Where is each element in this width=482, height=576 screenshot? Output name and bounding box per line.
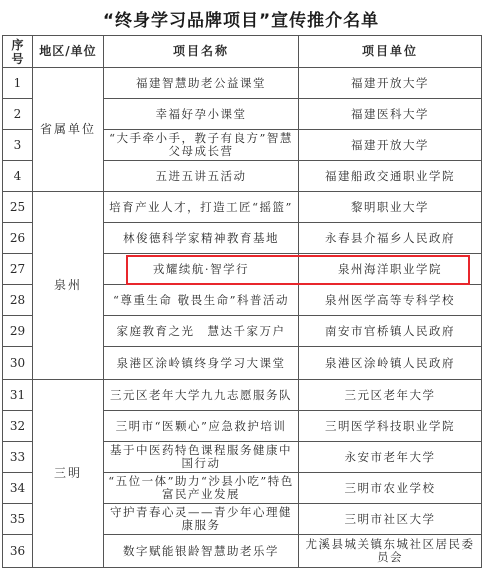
project-unit: 泉州医学高等专科学校	[299, 285, 482, 316]
project-name: “五位一体”助力“沙县小吃”特色富民产业发展	[104, 473, 299, 504]
project-unit: 永春县介福乡人民政府	[299, 223, 482, 254]
row-index: 28	[3, 285, 33, 316]
table-row: 25 泉州 培育产业人才，打造工匠“摇篮” 黎明职业大学	[3, 192, 482, 223]
row-index: 27	[3, 254, 33, 285]
row-index: 30	[3, 347, 33, 380]
project-name: “大手牵小手，教子有良方”智慧父母成长营	[104, 130, 299, 161]
project-unit: 福建开放大学	[299, 68, 482, 99]
row-index: 36	[3, 535, 33, 568]
project-name: 数字赋能银龄智慧助老乐学	[104, 535, 299, 568]
project-unit: 福建船政交通职业学院	[299, 161, 482, 192]
project-name: 五进五讲五活动	[104, 161, 299, 192]
table-header-row: 序号 地区/单位 项目名称 项目单位	[3, 36, 482, 68]
project-unit: 福建开放大学	[299, 130, 482, 161]
project-name: 家庭教育之光 慧达千家万户	[104, 316, 299, 347]
row-index: 2	[3, 99, 33, 130]
project-name: 守护青春心灵——青少年心理健康服务	[104, 504, 299, 535]
table-row: 1 省属单位 福建智慧助老公益课堂 福建开放大学	[3, 68, 482, 99]
header-region: 地区/单位	[33, 36, 104, 68]
project-name: 培育产业人才，打造工匠“摇篮”	[104, 192, 299, 223]
project-unit: 三元区老年大学	[299, 380, 482, 411]
project-unit: 泉州海洋职业学院	[299, 254, 482, 285]
row-index: 25	[3, 192, 33, 223]
row-index: 32	[3, 411, 33, 442]
project-name: 三元区老年大学九九志愿服务队	[104, 380, 299, 411]
project-name: 戎耀续航·智学行	[104, 254, 299, 285]
project-unit: 尤溪县城关镇东城社区居民委员会	[299, 535, 482, 568]
project-name: “尊重生命 敬畏生命”科普活动	[104, 285, 299, 316]
row-index: 33	[3, 442, 33, 473]
project-unit: 福建医科大学	[299, 99, 482, 130]
header-project: 项目名称	[104, 36, 299, 68]
project-name: 基于中医药特色课程服务健康中国行动	[104, 442, 299, 473]
row-index: 35	[3, 504, 33, 535]
row-index: 3	[3, 130, 33, 161]
project-name: 泉港区涂岭镇终身学习大课堂	[104, 347, 299, 380]
project-name: 福建智慧助老公益课堂	[104, 68, 299, 99]
region-cell: 泉州	[33, 192, 104, 380]
region-cell: 三明	[33, 380, 104, 568]
recommendation-table: 序号 地区/单位 项目名称 项目单位 1 省属单位 福建智慧助老公益课堂 福建开…	[2, 35, 482, 568]
document-title: “终身学习品牌项目”宣传推介名单	[0, 6, 482, 31]
project-unit: 三明市农业学校	[299, 473, 482, 504]
region-cell: 省属单位	[33, 68, 104, 192]
project-name: 幸福好孕小课堂	[104, 99, 299, 130]
project-unit: 南安市官桥镇人民政府	[299, 316, 482, 347]
project-unit: 泉港区涂岭镇人民政府	[299, 347, 482, 380]
project-unit: 三明医学科技职业学院	[299, 411, 482, 442]
row-index: 1	[3, 68, 33, 99]
project-name: 林俊德科学家精神教育基地	[104, 223, 299, 254]
row-index: 4	[3, 161, 33, 192]
row-index: 31	[3, 380, 33, 411]
project-unit: 黎明职业大学	[299, 192, 482, 223]
header-index: 序号	[3, 36, 33, 68]
project-name: 三明市“医颗心”应急救护培训	[104, 411, 299, 442]
row-index: 26	[3, 223, 33, 254]
project-unit: 三明市社区大学	[299, 504, 482, 535]
table-row: 31 三明 三元区老年大学九九志愿服务队 三元区老年大学	[3, 380, 482, 411]
row-index: 29	[3, 316, 33, 347]
header-unit: 项目单位	[299, 36, 482, 68]
project-unit: 永安市老年大学	[299, 442, 482, 473]
row-index: 34	[3, 473, 33, 504]
